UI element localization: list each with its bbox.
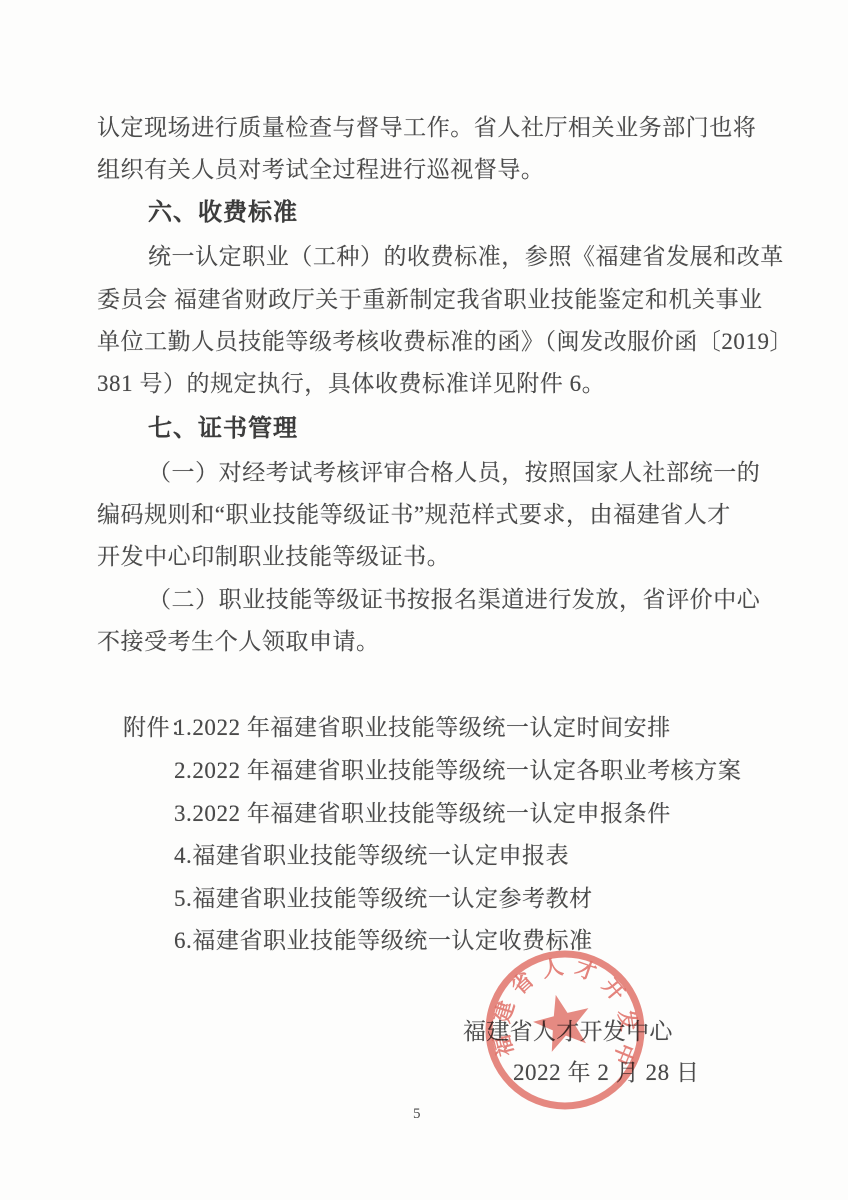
document-page: 认定现场进行质量检查与督导工作。省人社厅相关业务部门也将 组织有关人员对考试全过… [0,0,848,1200]
attachment-item: 1.2022 年福建省职业技能等级统一认定时间安排 [174,716,671,739]
body-line: 单位工勤人员技能等级考核收费标准的函》（闽发改服价函〔2019〕 [97,330,793,353]
section-heading-fee: 六、收费标准 [148,201,298,225]
body-line: 统一认定职业（工种）的收费标准，参照《福建省发展和改革 [148,245,784,268]
body-line: （二）职业技能等级证书按报名渠道进行发放，省评价中心 [148,588,760,611]
body-line: 不接受考生个人领取申请。 [97,630,380,653]
signature-date: 2022 年 2 月 28 日 [513,1061,700,1084]
attachment-item: 4.福建省职业技能等级统一认定申报表 [174,844,569,867]
body-line: 委员会 福建省财政厅关于重新制定我省职业技能鉴定和机关事业 [97,288,763,311]
body-line: 组织有关人员对考试全过程进行巡视督导。 [97,158,544,181]
body-line: （一）对经考试考核评审合格人员，按照国家人社部统一的 [148,461,760,484]
attachment-item: 5.福建省职业技能等级统一认定参考教材 [174,887,593,910]
body-line: 认定现场进行质量检查与督导工作。省人社厅相关业务部门也将 [97,116,756,139]
svg-text:福建省人才开发中心: 福建省人才开发中心 [478,946,641,1068]
signature-org: 福建省人才开发中心 [463,1020,673,1043]
body-line: 编码规则和“职业技能等级证书”规范样式要求，由福建省人才 [97,503,731,526]
seal-arc-text: 福建省人才开发中心 [478,946,641,1068]
attachment-item: 3.2022 年福建省职业技能等级统一认定申报条件 [174,802,671,825]
attachment-item: 6.福建省职业技能等级统一认定收费标准 [174,929,593,952]
body-line: 381 号）的规定执行，具体收费标准详见附件 6。 [97,372,605,395]
body-line: 开发中心印制职业技能等级证书。 [97,545,450,568]
attachment-item: 2.2022 年福建省职业技能等级统一认定各职业考核方案 [174,759,741,782]
section-heading-cert: 七、证书管理 [148,417,298,441]
page-number: 5 [413,1106,421,1123]
